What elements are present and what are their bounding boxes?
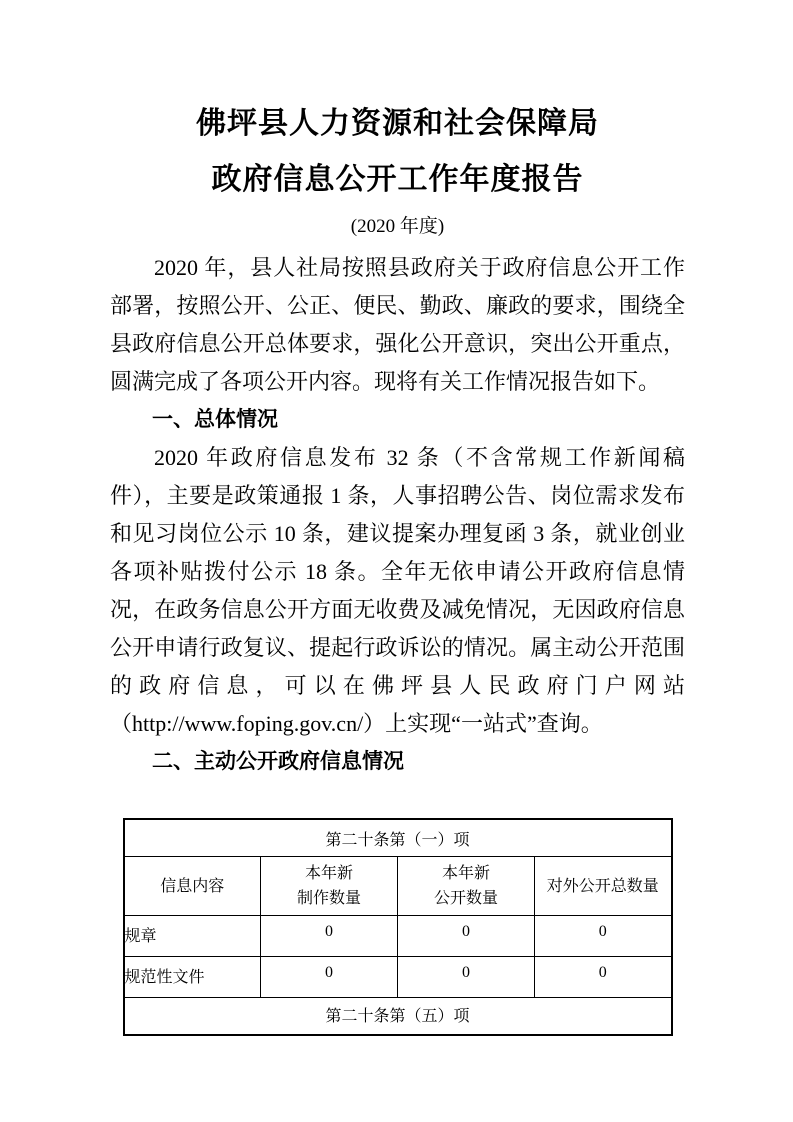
table-section-row-article20-item5: 第二十条第（五）项 — [124, 998, 672, 1036]
column-header-total-public: 对外公开总数量 — [535, 857, 672, 916]
column-header-line: 公开数量 — [398, 886, 534, 911]
column-header-new-disclosed: 本年新 公开数量 — [398, 857, 535, 916]
row-label-normative-documents: 规范性文件 — [124, 957, 261, 998]
table-row-normative-documents: 规范性文件 0 0 0 — [124, 957, 672, 998]
column-header-line: 对外公开总数量 — [535, 874, 671, 899]
document-page: 佛坪县人力资源和社会保障局 政府信息公开工作年度报告 (2020 年度) 202… — [0, 0, 793, 1122]
cell-regulations-new-produced: 0 — [261, 916, 398, 957]
cell-normative-new-produced: 0 — [261, 957, 398, 998]
cell-normative-new-disclosed: 0 — [398, 957, 535, 998]
table-section-row-article20-item1: 第二十条第（一）项 — [124, 819, 672, 857]
paragraph-details: 2020 年政府信息发布 32 条（不含常规工作新闻稿件），主要是政策通报 1 … — [110, 439, 685, 743]
column-header-new-produced: 本年新 制作数量 — [261, 857, 398, 916]
column-header-line: 本年新 — [261, 861, 397, 886]
column-header-info-content: 信息内容 — [124, 857, 261, 916]
table-header-row: 信息内容 本年新 制作数量 本年新 公开数量 对外公开总数量 — [124, 857, 672, 916]
document-title-line1: 佛坪县人力资源和社会保障局 — [110, 96, 685, 152]
section-heading-general: 一、总体情况 — [110, 401, 685, 439]
document-title-line2: 政府信息公开工作年度报告 — [110, 152, 685, 208]
table-section-title-article20-item5: 第二十条第（五）项 — [124, 998, 672, 1036]
cell-normative-total: 0 — [535, 957, 672, 998]
cell-regulations-new-disclosed: 0 — [398, 916, 535, 957]
column-header-line: 制作数量 — [261, 886, 397, 911]
paragraph-overview: 2020 年，县人社局按照县政府关于政府信息公开工作部署，按照公开、公正、便民、… — [110, 249, 685, 401]
table-section-title-article20-item1: 第二十条第（一）项 — [124, 819, 672, 857]
row-label-regulations: 规章 — [124, 916, 261, 957]
section-heading-disclosure: 二、主动公开政府信息情况 — [110, 743, 685, 781]
column-header-line: 信息内容 — [125, 874, 261, 899]
document-subtitle: (2020 年度) — [110, 214, 685, 240]
column-header-line: 本年新 — [398, 861, 534, 886]
table-row-regulations: 规章 0 0 0 — [124, 916, 672, 957]
cell-regulations-total: 0 — [535, 916, 672, 957]
disclosure-statistics-table: 第二十条第（一）项 信息内容 本年新 制作数量 本年新 公开数量 对外公开总数量 — [123, 818, 673, 1036]
